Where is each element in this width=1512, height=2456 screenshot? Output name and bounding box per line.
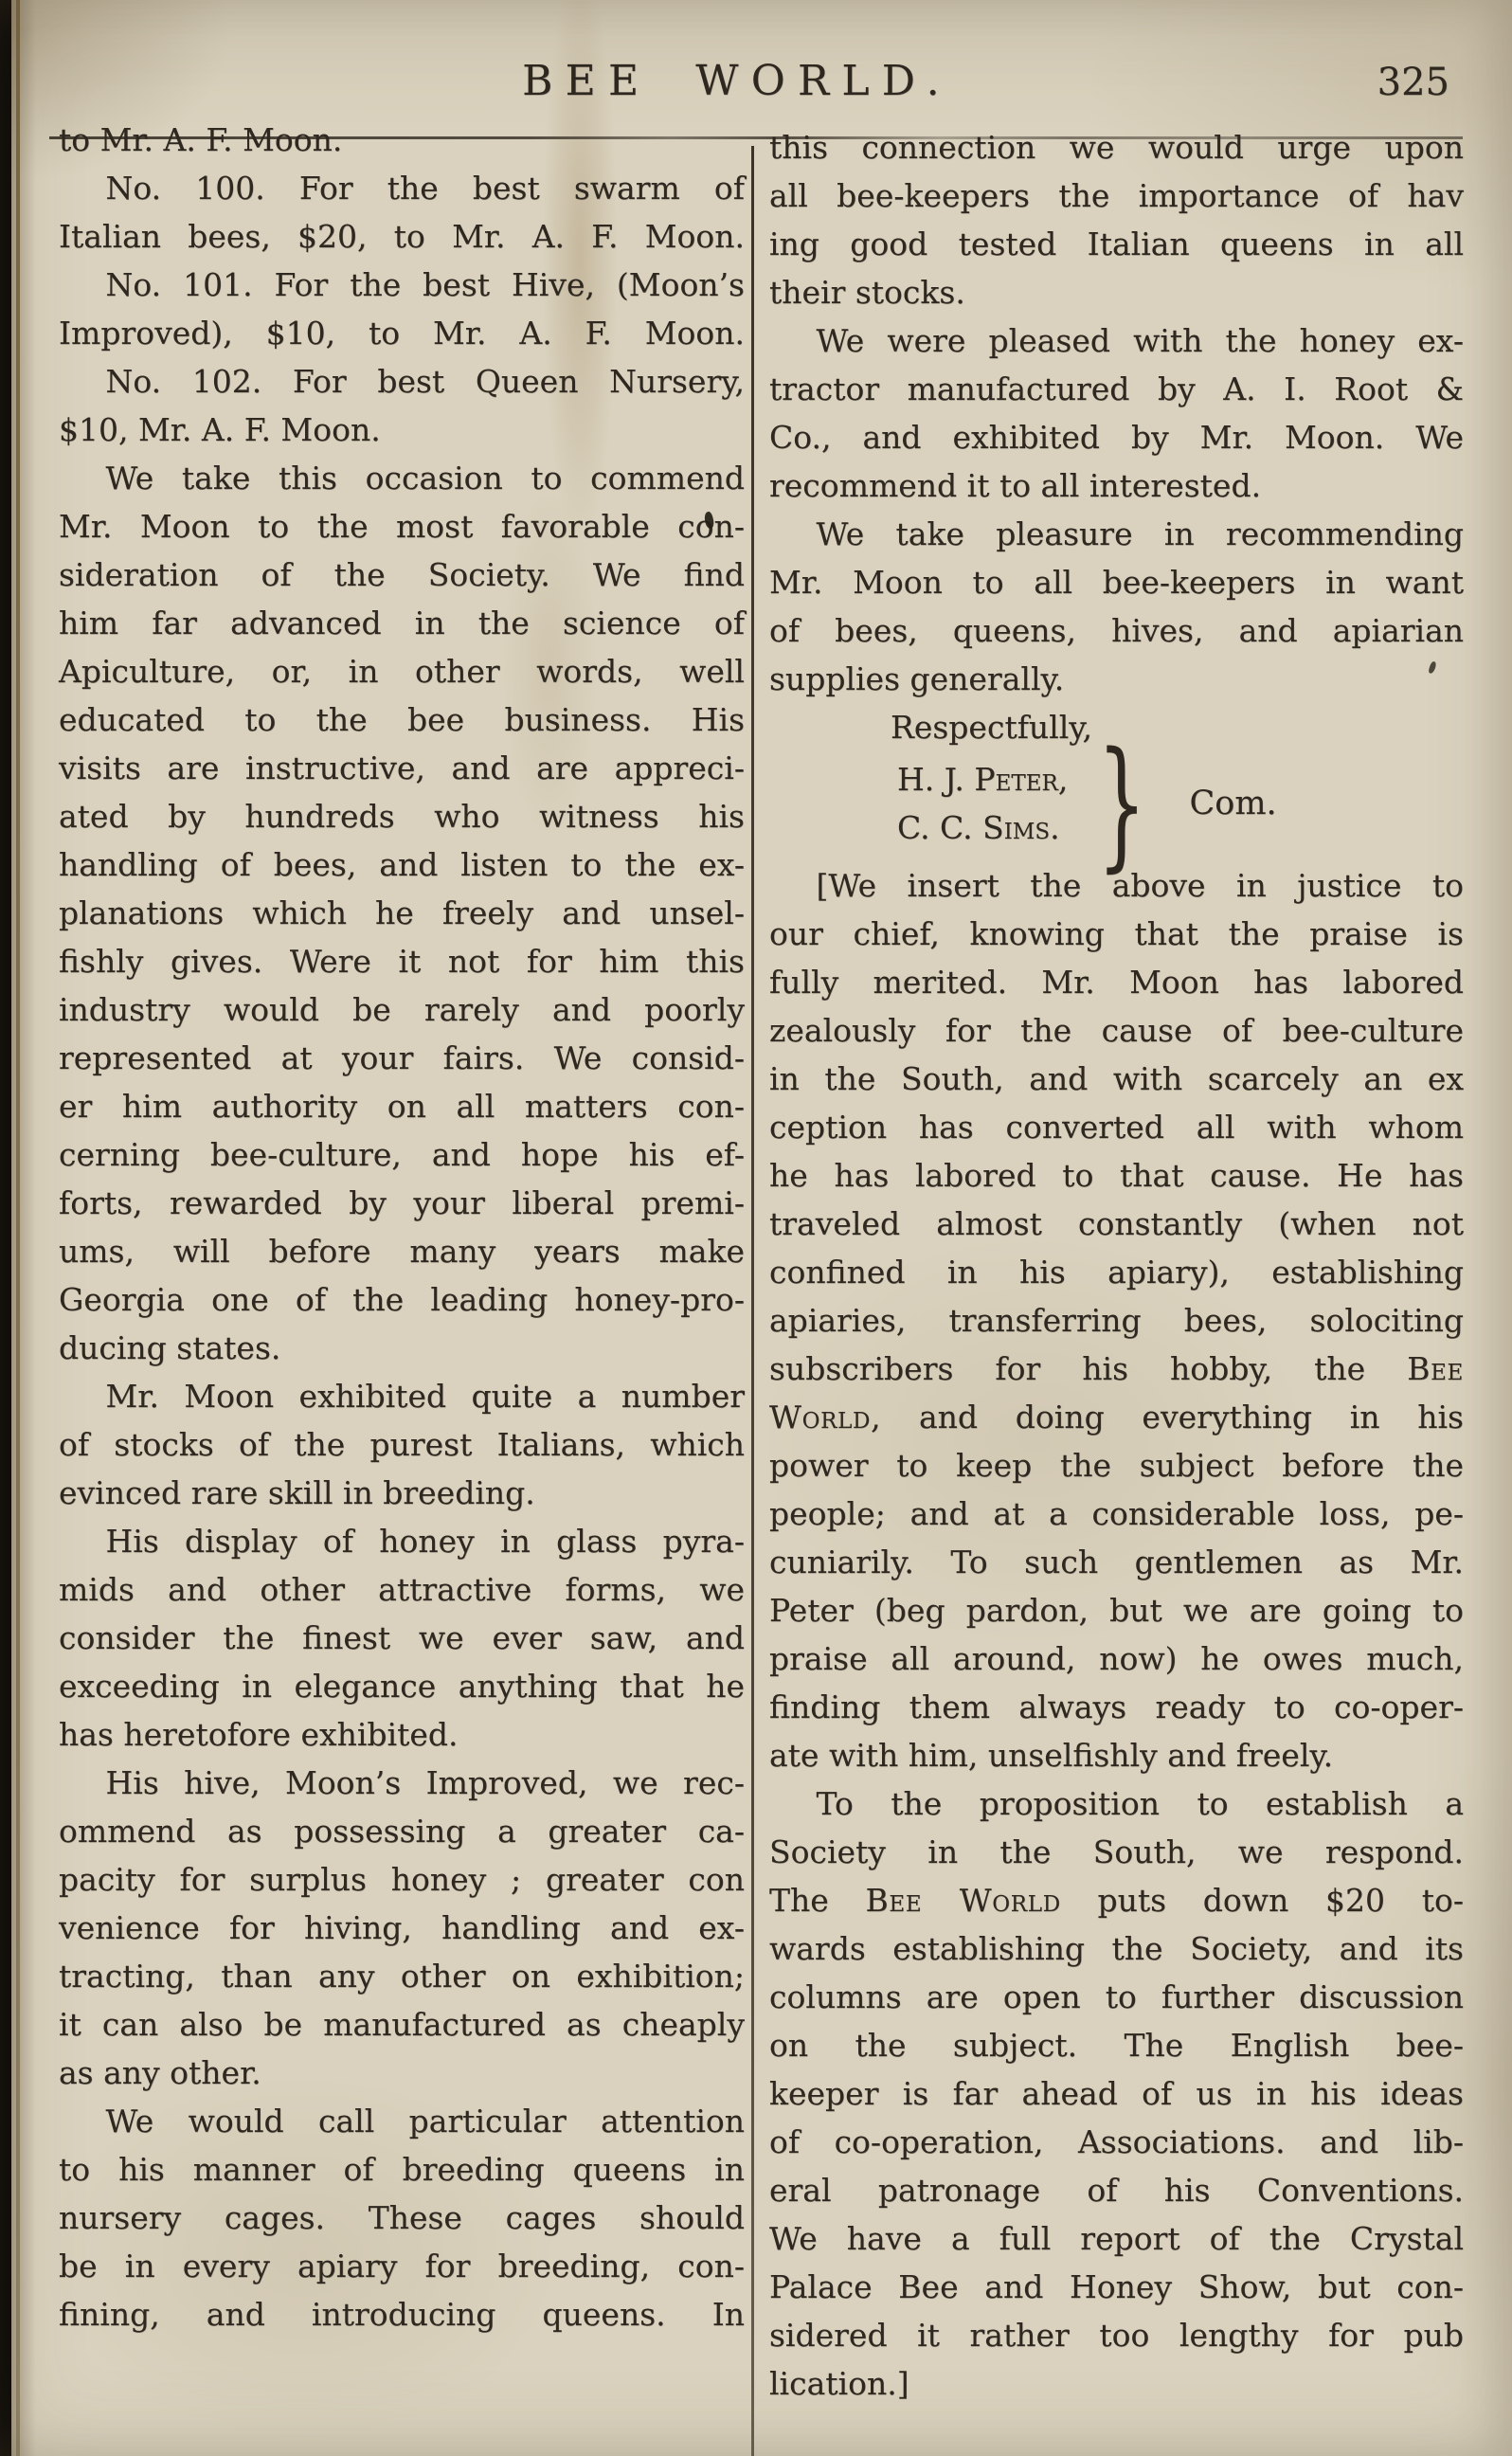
text-line: supplies generally.: [769, 655, 1464, 703]
text-line: on the subject. The English bee-: [769, 2021, 1464, 2069]
binding-shadow: [11, 0, 36, 2456]
text-line: We take pleasure in recommending: [769, 510, 1464, 558]
margin-rule: [16, 0, 20, 2456]
text-line: er him authority on all matters con-: [59, 1082, 745, 1130]
page-number: 325: [1377, 61, 1449, 104]
text-line: handling of bees, and listen to the ex-: [59, 840, 745, 889]
text-line: eral patronage of his Conventions.: [769, 2166, 1464, 2214]
text-line: their stocks.: [769, 268, 1464, 316]
text-line: The Bee World puts down $20 to-: [769, 1876, 1464, 1924]
text-line: as any other.: [59, 2049, 745, 2097]
text-line: fully merited. Mr. Moon has labored: [769, 958, 1464, 1006]
text-line: $10, Mr. A. F. Moon.: [59, 406, 745, 454]
text-line: fishly gives. Were it not for him this: [59, 937, 745, 985]
text-line: Co., and exhibited by Mr. Moon. We: [769, 413, 1464, 461]
text-line: visits are instructive, and are appreci-: [59, 744, 745, 792]
text-line: ate with him, unselfishly and freely.: [769, 1731, 1464, 1779]
text-line: finding them always ready to co-oper-: [769, 1683, 1464, 1731]
text-line: lication.]: [769, 2359, 1464, 2408]
text-line: We would call particular attention: [59, 2097, 745, 2145]
text-line: to Mr. A. F. Moon.: [59, 116, 745, 164]
signature-com-label: Com.: [1190, 780, 1277, 828]
scanned-page: BEE WORLD. 325 to Mr. A. F. Moon.No. 100…: [0, 0, 1512, 2456]
text-line: Society in the South, we respond.: [769, 1828, 1464, 1876]
text-line: planations which he freely and unsel-: [59, 889, 745, 937]
text-line: consider the finest we ever saw, and: [59, 1614, 745, 1662]
small-caps-text: Bee: [1407, 1350, 1464, 1387]
text-line: To the proposition to establish a: [769, 1779, 1464, 1828]
text-line: apiaries, transferring bees, solociting: [769, 1296, 1464, 1345]
text-line: pacity for surplus honey ; greater con: [59, 1855, 745, 1904]
text-line: of bees, queens, hives, and apiarian: [769, 606, 1464, 655]
text-line: Improved), $10, to Mr. A. F. Moon.: [59, 309, 745, 357]
text-line: in the South, and with scarcely an ex: [769, 1055, 1464, 1103]
text-line: forts, rewarded by your liberal premi-: [59, 1179, 745, 1227]
text-line: columns are open to further discussion: [769, 1973, 1464, 2021]
text-line: No. 101. For the best Hive, (Moon’s: [59, 261, 745, 309]
text-line: Apiculture, or, in other words, well: [59, 647, 745, 695]
text-line: zealously for the cause of bee-culture: [769, 1006, 1464, 1055]
text-line: traveled almost constantly (when not: [769, 1200, 1464, 1248]
text-line: of co-operation, Associations. and lib-: [769, 2118, 1464, 2166]
signature-block: H. J. Peter,C. C. Sims.}Com.: [897, 755, 1464, 852]
text-line: tracting, than any other on exhibition;: [59, 1952, 745, 2000]
text-line: ducing states.: [59, 1324, 745, 1372]
text-line: our chief, knowing that the praise is: [769, 910, 1464, 958]
text-line: mids and other attractive forms, we: [59, 1565, 745, 1614]
text-line: fining, and introducing queens. In: [59, 2290, 745, 2339]
text-line: him far advanced in the science of: [59, 599, 745, 647]
text-line: ommend as possessing a greater ca-: [59, 1807, 745, 1855]
text-line: ception has converted all with whom: [769, 1103, 1464, 1151]
text-line: venience for hiving, handling and ex-: [59, 1904, 745, 1952]
text-line: His hive, Moon’s Improved, we rec-: [59, 1759, 745, 1807]
text-line: sideration of the Society. We find: [59, 551, 745, 599]
text-line: nursery cages. These cages should: [59, 2194, 745, 2242]
column-divider: [751, 146, 754, 2456]
text-line: Mr. Moon to all bee-keepers in want: [769, 558, 1464, 606]
text-line: praise all around, now) he owes much,: [769, 1634, 1464, 1683]
small-caps-text: Bee World: [866, 1882, 1061, 1919]
text-line: World, and doing everything in his: [769, 1393, 1464, 1441]
text-line: power to keep the subject before the: [769, 1441, 1464, 1490]
small-caps-text: World,: [769, 1399, 881, 1436]
text-line: of stocks of the purest Italians, which: [59, 1420, 745, 1469]
text-line: it can also be manufactured as cheaply: [59, 2000, 745, 2049]
text-line: We have a full report of the Crystal: [769, 2214, 1464, 2263]
text-line: represented at your fairs. We consid-: [59, 1034, 745, 1082]
text-line: tractor manufactured by A. I. Root &: [769, 365, 1464, 413]
text-line: Mr. Moon to the most favorable con-: [59, 502, 745, 551]
text-line: No. 102. For best Queen Nursery,: [59, 357, 745, 406]
text-line: to his manner of breeding queens in: [59, 2145, 745, 2194]
text-line: His display of honey in glass pyra-: [59, 1517, 745, 1565]
page-title: BEE WORLD.: [0, 57, 1474, 105]
text-line: cuniarily. To such gentlemen as Mr.: [769, 1538, 1464, 1586]
text-line: Georgia one of the leading honey-pro-: [59, 1275, 745, 1324]
text-line: keeper is far ahead of us in his ideas: [769, 2069, 1464, 2118]
text-line: this connection we would urge upon: [769, 123, 1464, 172]
text-line: exceeding in elegance anything that he: [59, 1662, 745, 1710]
book-binding-edge: [0, 0, 11, 2456]
text-line: Italian bees, $20, to Mr. A. F. Moon.: [59, 212, 745, 261]
signature-name: H. J. Peter,: [897, 755, 1068, 804]
text-line: Peter (beg pardon, but we are going to: [769, 1586, 1464, 1634]
text-line: educated to the bee business. His: [59, 695, 745, 744]
text-line: sidered it rather too lengthy for pub: [769, 2311, 1464, 2359]
text-line: confined in his apiary), establishing: [769, 1248, 1464, 1296]
text-line: all bee-keepers the importance of hav: [769, 172, 1464, 220]
text-line: subscribers for his hobby, the Bee: [769, 1345, 1464, 1393]
text-line: recommend it to all interested.: [769, 461, 1464, 510]
text-line: No. 100. For the best swarm of: [59, 164, 745, 212]
signature-names: H. J. Peter,C. C. Sims.: [897, 755, 1068, 852]
text-line: ums, will before many years make: [59, 1227, 745, 1275]
text-line: We take this occasion to commend: [59, 454, 745, 502]
text-line: be in every apiary for breeding, con-: [59, 2242, 745, 2290]
right-column: this connection we would urge uponall be…: [769, 123, 1464, 2408]
text-line: wards establishing the Society, and its: [769, 1924, 1464, 1973]
text-line: cerning bee-culture, and hope his ef-: [59, 1130, 745, 1179]
text-line: evinced rare skill in breeding.: [59, 1469, 745, 1517]
signature-name: C. C. Sims.: [897, 804, 1068, 852]
text-line: people; and at a considerable loss, pe-: [769, 1490, 1464, 1538]
left-column: to Mr. A. F. Moon.No. 100. For the best …: [59, 116, 745, 2339]
text-line: has heretofore exhibited.: [59, 1710, 745, 1759]
text-line: he has labored to that cause. He has: [769, 1151, 1464, 1200]
text-line: Palace Bee and Honey Show, but con-: [769, 2263, 1464, 2311]
respectfully-line: Respectfully,: [891, 703, 1464, 751]
signature-brace: }: [1098, 756, 1147, 851]
text-line: ated by hundreds who witness his: [59, 792, 745, 840]
text-line: Mr. Moon exhibited quite a number: [59, 1372, 745, 1420]
text-line: industry would be rarely and poorly: [59, 985, 745, 1034]
text-line: We were pleased with the honey ex-: [769, 316, 1464, 365]
text-line: ing good tested Italian queens in all: [769, 220, 1464, 268]
